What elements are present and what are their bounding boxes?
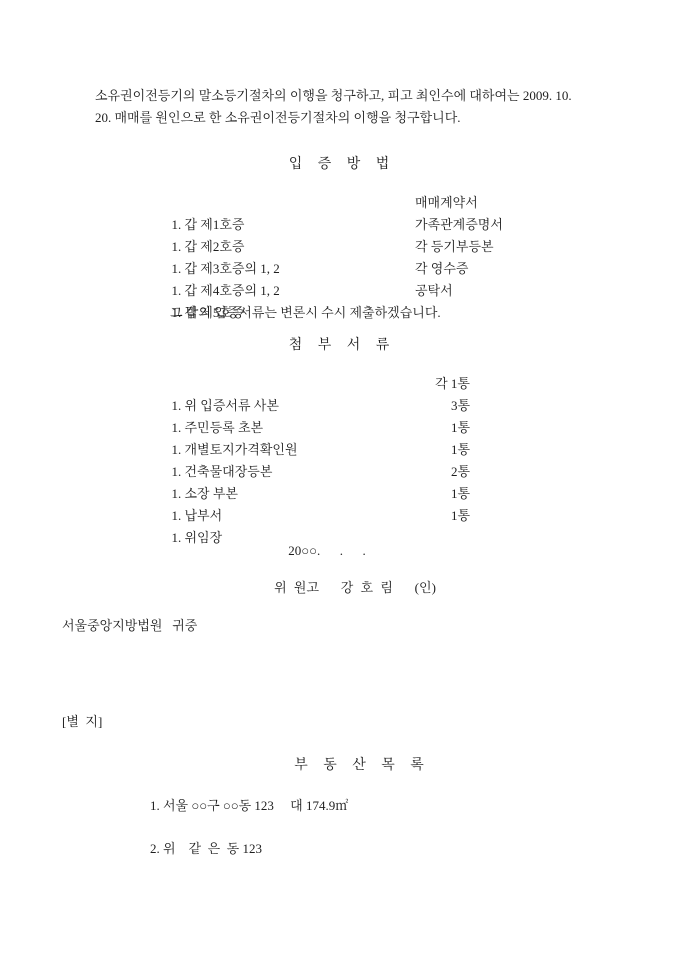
evidence-item-value: 가족관계증명서 — [415, 214, 503, 236]
appendix-title: 부 동 산 목 록 — [0, 755, 680, 777]
attachment-item-count: 각 1통 — [400, 373, 470, 395]
body-paragraph-line: 20. 매매를 원인으로 한 소유권이전등기절차의 이행을 청구합니다. — [95, 107, 605, 129]
attachment-item: 1. 소장 부본 2통 — [152, 461, 572, 483]
attachments-list: 1. 위 입증서류 사본 각 1통 1. 주민등록 초본 3통 1. 개별토지가… — [152, 373, 572, 527]
attachment-item-count: 1통 — [400, 417, 470, 439]
attachment-item: 1. 주민등록 초본 3통 — [152, 395, 572, 417]
document-page: 소유권이전등기의 말소등기절차의 이행을 청구하고, 피고 최인수에 대하여는 … — [0, 0, 680, 962]
evidence-list: 1. 갑 제1호증 매매계약서 1. 갑 제2호증 가족관계증명서 1. 갑 제… — [152, 192, 572, 302]
attachment-item: 1. 위임장 1통 — [152, 505, 572, 527]
attachment-item-count: 1통 — [400, 505, 470, 527]
body-paragraph: 소유권이전등기의 말소등기절차의 이행을 청구하고, 피고 최인수에 대하여는 … — [95, 85, 605, 129]
evidence-note: 그 밖의 입증서류는 변론시 수시 제출하겠습니다. — [170, 302, 441, 324]
attachment-item-count: 3통 — [400, 395, 470, 417]
evidence-item: 1. 갑 제5호증 공탁서 — [152, 280, 572, 302]
evidence-item: 1. 갑 제1호증 매매계약서 — [152, 192, 572, 214]
attachment-item: 1. 건축물대장등본 1통 — [152, 439, 572, 461]
attachment-item: 1. 위 입증서류 사본 각 1통 — [152, 373, 572, 395]
appendix-label: [별 지] — [62, 711, 102, 733]
appendix-item: 1. 서울 ○○구 ○○동 123 대 174.9㎡ — [150, 795, 348, 817]
evidence-section-title: 입 증 방 법 — [0, 154, 680, 176]
appendix-item: 2. 위 같 은 동 123 — [150, 838, 262, 860]
plaintiff-signature: 위 원고 강 호 림 (인) — [0, 577, 680, 599]
attachments-section-title: 첨 부 서 류 — [0, 335, 680, 357]
evidence-item: 1. 갑 제2호증 가족관계증명서 — [152, 214, 572, 236]
date-line: 20○○. . . — [0, 540, 680, 562]
attachment-item-count: 1통 — [400, 483, 470, 505]
evidence-item-value: 매매계약서 — [415, 192, 478, 214]
evidence-item-value: 각 등기부등본 — [415, 236, 494, 258]
court-address: 서울중앙지방법원 귀중 — [62, 615, 197, 637]
evidence-item: 1. 갑 제4호증의 1, 2 각 영수증 — [152, 258, 572, 280]
attachment-item-count: 1통 — [400, 439, 470, 461]
attachment-item: 1. 납부서 1통 — [152, 483, 572, 505]
attachment-item-count: 2통 — [400, 461, 470, 483]
body-paragraph-line: 소유권이전등기의 말소등기절차의 이행을 청구하고, 피고 최인수에 대하여는 … — [95, 85, 605, 107]
evidence-item: 1. 갑 제3호증의 1, 2 각 등기부등본 — [152, 236, 572, 258]
evidence-item-value: 각 영수증 — [415, 258, 468, 280]
evidence-item-value: 공탁서 — [415, 280, 453, 302]
attachment-item: 1. 개별토지가격확인원 1통 — [152, 417, 572, 439]
